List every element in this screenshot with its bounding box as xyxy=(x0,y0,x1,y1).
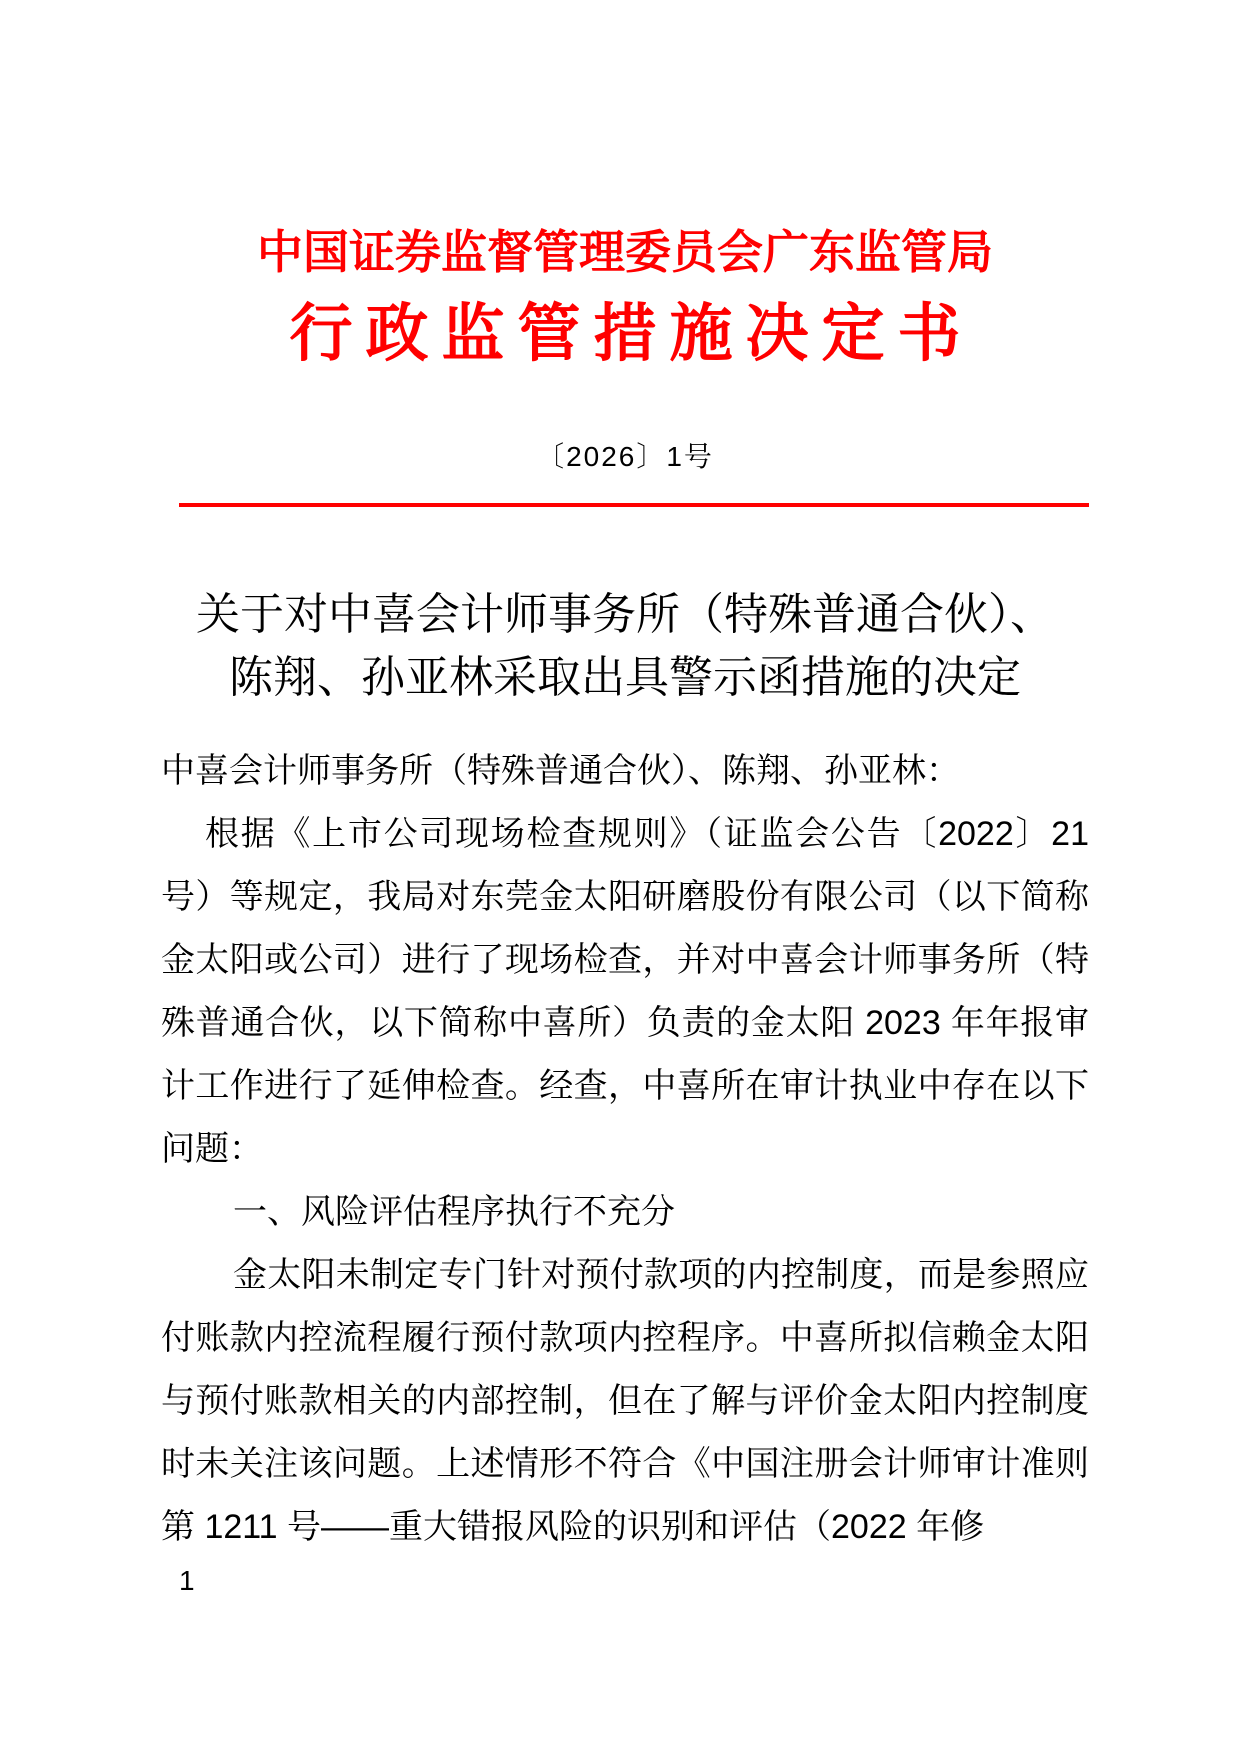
document-title: 行政监管措施决定书 xyxy=(161,294,1089,374)
section-heading-risk-assessment: 一、风险评估程序执行不充分 xyxy=(161,1181,1089,1244)
text-line: 时未关注该问题。上述情形不符合《中国注册会计师审计准则 xyxy=(161,1433,1089,1496)
red-divider xyxy=(179,503,1089,507)
page-number: 1 xyxy=(179,1566,195,1596)
text-line: 问题： xyxy=(161,1118,1089,1181)
document-body: 中喜会计师事务所（特殊普通合伙）、陈翔、孙亚林： 根据《上市公司现场检查规则》（… xyxy=(161,740,1089,1559)
paragraph-inspection-basis: 根据《上市公司现场检查规则》（证监会公告〔2022〕21号）等规定，我局对东莞金… xyxy=(161,803,1089,1181)
text-line: 根据《上市公司现场检查规则》（证监会公告〔2022〕21 xyxy=(161,803,1089,866)
text-line: 金太阳或公司）进行了现场检查，并对中喜会计师事务所（特 xyxy=(161,929,1089,992)
text-line: 中喜会计师事务所（特殊普通合伙）、陈翔、孙亚林： xyxy=(161,740,1089,803)
text-line: 金太阳未制定专门针对预付款项的内控制度，而是参照应 xyxy=(161,1244,1089,1307)
salutation: 中喜会计师事务所（特殊普通合伙）、陈翔、孙亚林： xyxy=(161,740,1089,803)
text-line: 陈翔、孙亚林采取出具警示函措施的决定 xyxy=(161,646,1089,709)
paragraph-finding-detail: 金太阳未制定专门针对预付款项的内控制度，而是参照应付账款内控流程履行预付款项内控… xyxy=(161,1244,1089,1559)
subject-heading: 关于对中喜会计师事务所（特殊普通合伙）、陈翔、孙亚林采取出具警示函措施的决定 xyxy=(161,583,1089,709)
text-line: 付账款内控流程履行预付款项内控程序。中喜所拟信赖金太阳 xyxy=(161,1307,1089,1370)
text-line: 号）等规定，我局对东莞金太阳研磨股份有限公司（以下简称 xyxy=(161,866,1089,929)
text-line: 殊普通合伙，以下简称中喜所）负责的金太阳 2023 年年报审 xyxy=(161,992,1089,1055)
text-line: 关于对中喜会计师事务所（特殊普通合伙）、 xyxy=(161,583,1089,646)
document-content: 中国证券监督管理委员会广东监管局 行政监管措施决定书 〔2026〕1号 关于对中… xyxy=(161,226,1089,1559)
text-line: 一、风险评估程序执行不充分 xyxy=(161,1181,1089,1244)
authority-title: 中国证券监督管理委员会广东监管局 xyxy=(161,226,1089,278)
document-page: 中国证券监督管理委员会广东监管局 行政监管措施决定书 〔2026〕1号 关于对中… xyxy=(0,0,1241,1754)
document-number: 〔2026〕1号 xyxy=(161,440,1089,474)
text-line: 与预付账款相关的内部控制，但在了解与评价金太阳内控制度 xyxy=(161,1370,1089,1433)
text-line: 计工作进行了延伸检查。经查，中喜所在审计执业中存在以下 xyxy=(161,1055,1089,1118)
text-line: 第 1211 号——重大错报风险的识别和评估（2022 年修 xyxy=(161,1496,1089,1559)
